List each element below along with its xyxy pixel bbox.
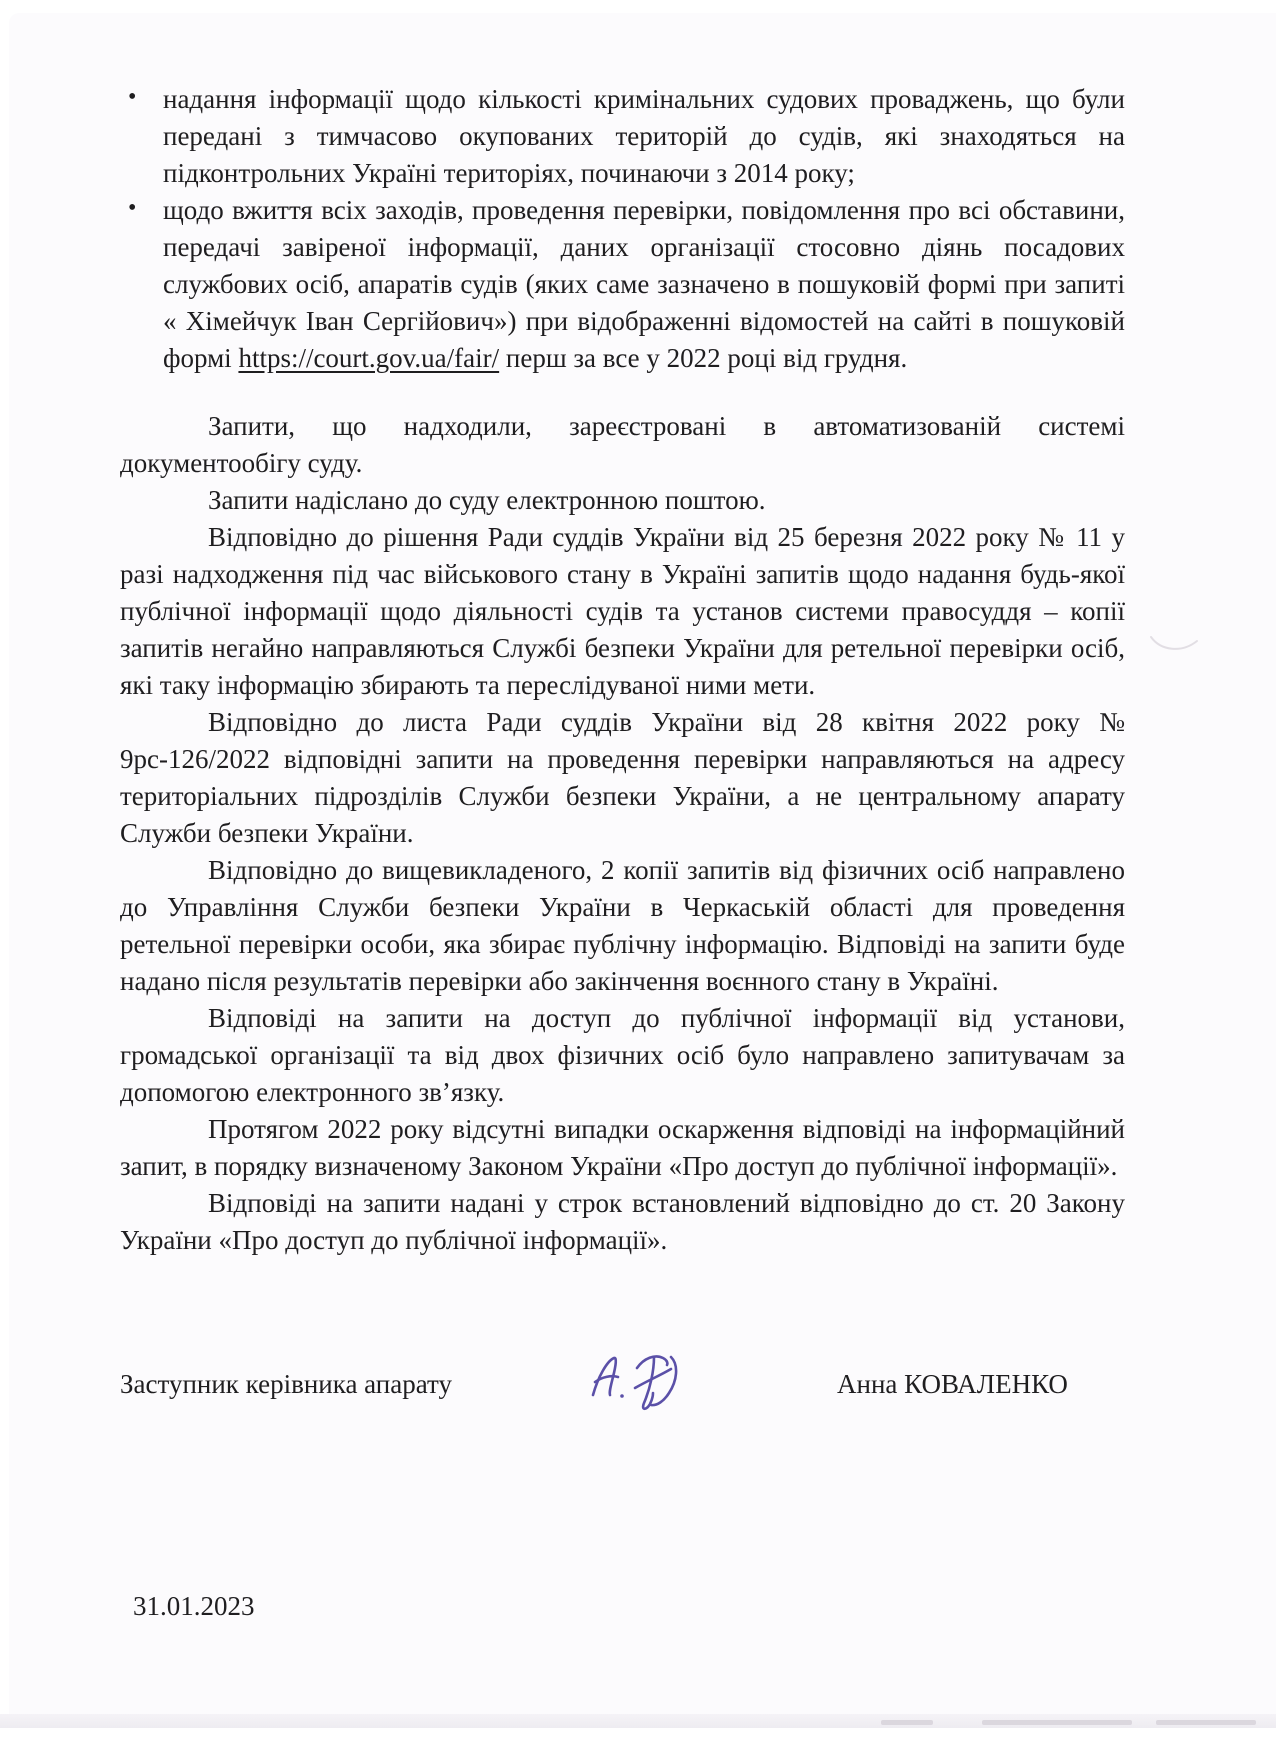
paragraph: Відповідно до рішення Ради суддів Україн… bbox=[120, 519, 1125, 704]
bullet-text: щодо вжиття всіх заходів, проведення пер… bbox=[163, 195, 1125, 373]
bullet-item: • надання інформації щодо кількості крим… bbox=[122, 81, 1125, 192]
paragraph: Запити надіслано до суду електронною пош… bbox=[120, 482, 1125, 519]
handwritten-signature bbox=[587, 1351, 702, 1417]
scanned-page: • надання інформації щодо кількості крим… bbox=[9, 13, 1276, 1728]
bullet-text: надання інформації щодо кількості кримін… bbox=[163, 84, 1125, 188]
paragraph: Протягом 2022 року відсутні випадки оска… bbox=[120, 1111, 1125, 1185]
scan-edge-smudge bbox=[1156, 1720, 1256, 1725]
scan-edge-shadow bbox=[0, 1714, 1276, 1728]
paragraph: Відповіді на запити надані у строк встан… bbox=[120, 1185, 1125, 1259]
document-body: • надання інформації щодо кількості крим… bbox=[120, 81, 1125, 1259]
signatory-role: Заступник керівника апарату bbox=[120, 1369, 452, 1400]
bullet-text-after-link: перш за все у 2022 році від грудня. bbox=[499, 343, 907, 373]
bullet-item: • щодо вжиття всіх заходів, проведення п… bbox=[122, 192, 1125, 377]
paragraph: Відповідно до вищевикладеного, 2 копії з… bbox=[120, 852, 1125, 1000]
court-url-link: https://court.gov.ua/fair/ bbox=[238, 343, 499, 373]
document-date: 31.01.2023 bbox=[133, 1591, 255, 1622]
paragraph: Відповідно до листа Ради суддів України … bbox=[120, 704, 1125, 852]
bullet-icon: • bbox=[128, 79, 136, 116]
bullet-list: • надання інформації щодо кількості крим… bbox=[120, 81, 1125, 377]
bullet-icon: • bbox=[128, 190, 136, 227]
scan-edge-smudge bbox=[881, 1720, 933, 1725]
scan-edge-smudge bbox=[982, 1720, 1132, 1725]
paragraphs: Запити, що надходили, зареєстровані в ав… bbox=[120, 408, 1125, 1259]
paragraph: Запити, що надходили, зареєстровані в ав… bbox=[120, 408, 1125, 482]
paragraph: Відповіді на запити на доступ до публічн… bbox=[120, 1000, 1125, 1111]
signatory-name: Анна КОВАЛЕНКО bbox=[837, 1369, 1068, 1400]
scan-artifact-curve bbox=[1148, 628, 1200, 656]
